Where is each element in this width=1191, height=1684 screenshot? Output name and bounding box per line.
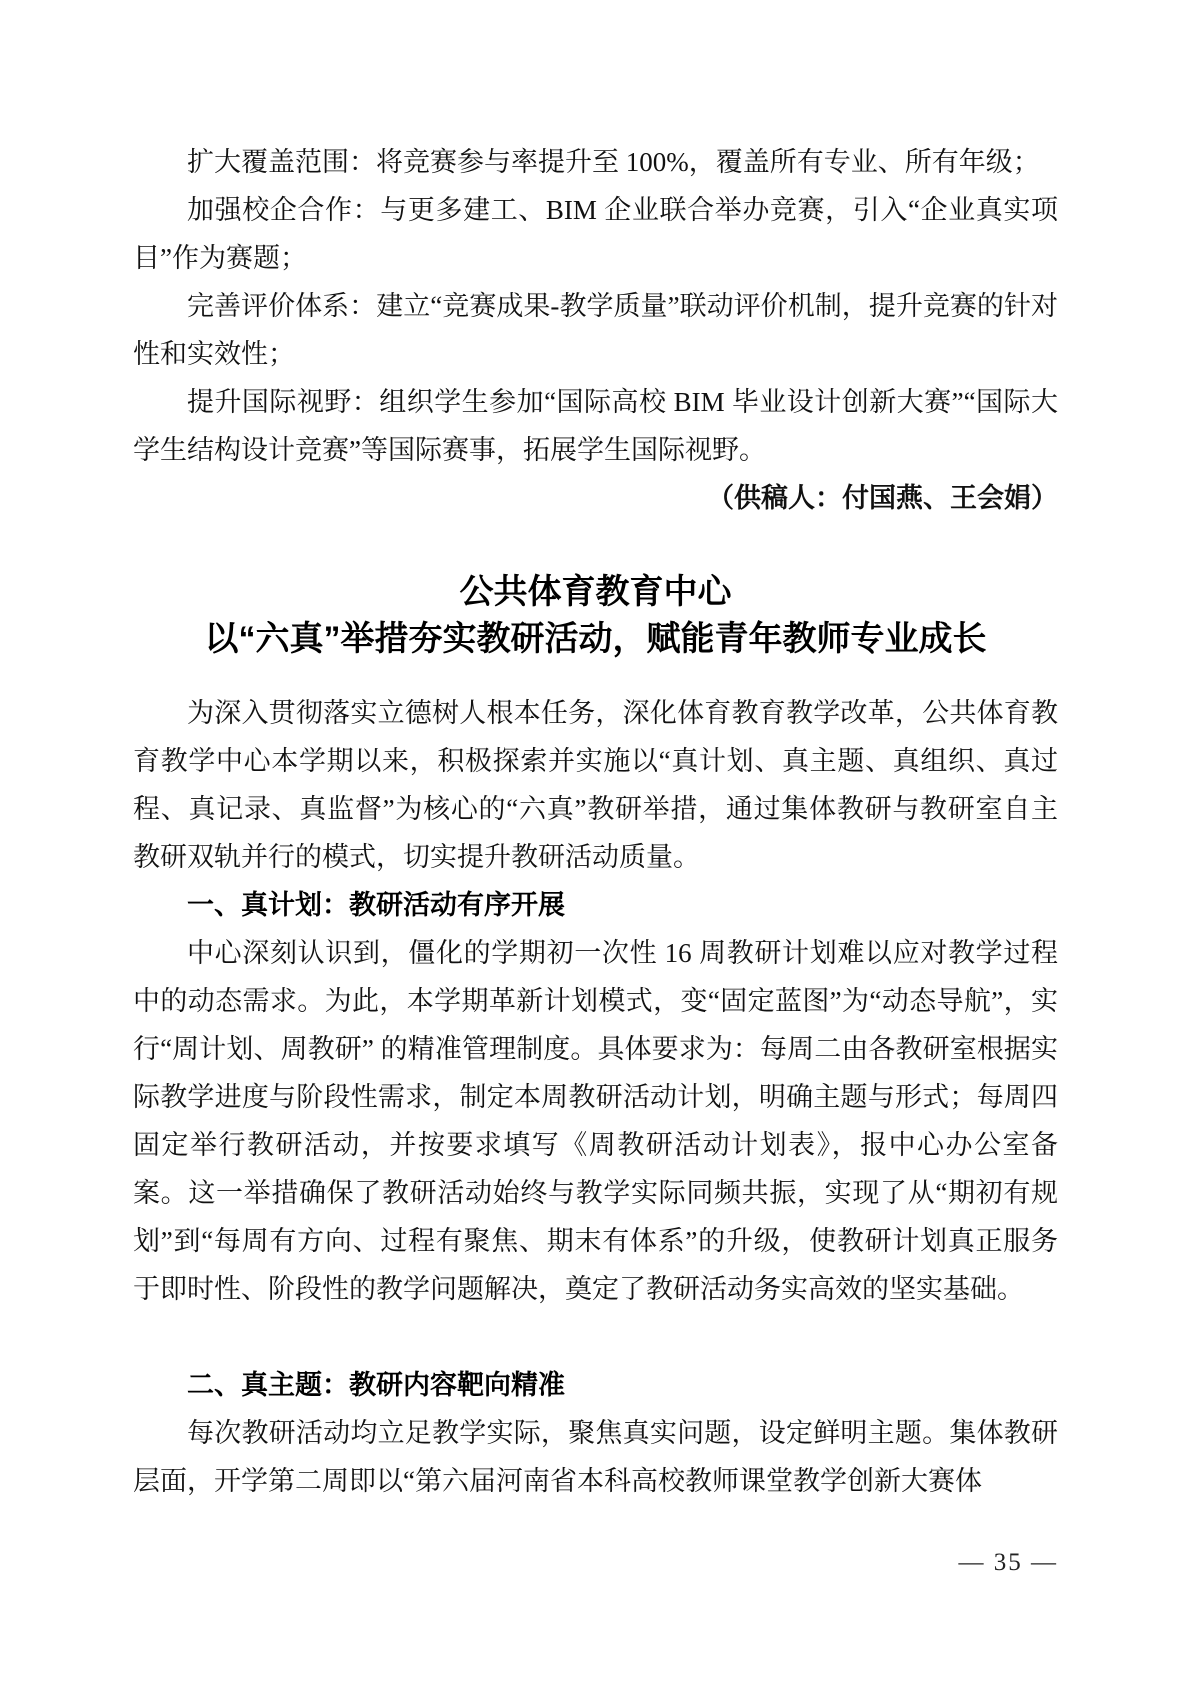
section-2-paragraph: 每次教研活动均立足教学实际，聚焦真实问题，设定鲜明主题。集体教研层面，开学第二周… [133,1409,1058,1505]
intro-paragraph: 为深入贯彻落实立德树人根本任务，深化体育教育教学改革，公共体育教育教学中心本学期… [133,689,1058,881]
section-body-1: 中心深刻认识到，僵化的学期初一次性 16 周教研计划难以应对教学过程中的动态需求… [133,929,1058,1313]
article-intro: 为深入贯彻落实立德树人根本任务，深化体育教育教学改革，公共体育教育教学中心本学期… [133,689,1058,881]
article-title-line2: 以“六真”举措夯实教研活动，赋能青年教师专业成长 [133,615,1058,663]
top-section: 扩大覆盖范围：将竞赛参与率提升至 100%，覆盖所有专业、所有年级； 加强校企合… [133,138,1058,474]
section-heading-1: 一、真计划：教研活动有序开展 [133,881,1058,929]
document-page: 扩大覆盖范围：将竞赛参与率提升至 100%，覆盖所有专业、所有年级； 加强校企合… [0,0,1191,1684]
article-title-line1: 公共体育教育中心 [133,568,1058,616]
paragraph-international-vision: 提升国际视野：组织学生参加“国际高校 BIM 毕业设计创新大赛”“国际大学生结构… [133,378,1058,474]
paragraph-school-enterprise: 加强校企合作：与更多建工、BIM 企业联合举办竞赛，引入“企业真实项目”作为赛题… [133,186,1058,282]
section-body-2: 每次教研活动均立足教学实际，聚焦真实问题，设定鲜明主题。集体教研层面，开学第二周… [133,1409,1058,1505]
section-1-paragraph: 中心深刻认识到，僵化的学期初一次性 16 周教研计划难以应对教学过程中的动态需求… [133,929,1058,1313]
paragraph-evaluation-system: 完善评价体系：建立“竞赛成果-教学质量”联动评价机制，提升竞赛的针对性和实效性； [133,282,1058,378]
contributor-byline: （供稿人：付国燕、王会娟） [133,474,1058,522]
paragraph-expand-coverage: 扩大覆盖范围：将竞赛参与率提升至 100%，覆盖所有专业、所有年级； [133,138,1058,186]
section-heading-2: 二、真主题：教研内容靶向精准 [133,1361,1058,1409]
page-number: — 35 — [959,1539,1059,1587]
